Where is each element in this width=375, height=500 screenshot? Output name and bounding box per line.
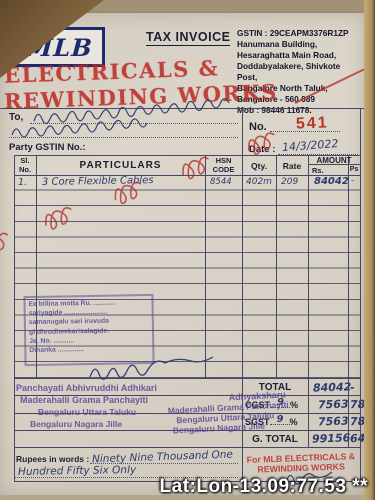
col-header-slno: Sl. No. xyxy=(14,157,36,174)
pdo-stamp-line4: Bengaluru Nagara Jille xyxy=(30,419,122,429)
pdo-signature xyxy=(88,365,208,385)
seller-gstin: GSTIN : 29CEAPM3376R1ZP xyxy=(237,28,361,39)
photo-scene: MLB TAX INVOICE GSTIN : 29CEAPM3376R1ZP … xyxy=(0,0,375,500)
col-header-ps: Ps xyxy=(348,166,360,173)
party-gstin-label: Party GSTIN No.: xyxy=(9,142,86,153)
verification-stamp-line: Dinanka .............. xyxy=(29,344,149,355)
seller-address-line: Hanumana Building, xyxy=(237,39,361,50)
grand-total-label: G. TOTAL xyxy=(244,434,306,445)
pdo-stamp-line1: Panchayati Abhivruddhi Adhikari xyxy=(16,383,157,393)
gps-watermark-bottom: Lat:Lon-13.09:77.53 ** xyxy=(160,476,368,498)
to-label: To, xyxy=(9,112,23,123)
row1-amount-ps: - xyxy=(351,176,354,186)
pdo-stamp-line3: Bengaluru Uttara Taluku xyxy=(38,407,136,417)
verification-stamp-box: Ee billina motta Ru. ............ sariya… xyxy=(23,294,154,366)
dotted-rule xyxy=(9,137,238,138)
pdo-stamp-line2: Maderahalli Grama Panchayiti xyxy=(20,395,148,405)
rupees-in-words-label: Rupees in words : xyxy=(16,454,89,464)
amount-in-words-line2: Hundred Fifty Six Only xyxy=(18,464,136,478)
red-pen-swash xyxy=(293,63,371,107)
row1-slno: 1. xyxy=(18,177,27,188)
grid-line xyxy=(0,108,364,109)
invoice-paper: MLB TAX INVOICE GSTIN : 29CEAPM3376R1ZP … xyxy=(0,13,364,495)
invoice-title: TAX INVOICE xyxy=(146,30,230,46)
grid-line xyxy=(14,447,360,448)
total-ps: - xyxy=(350,381,355,394)
invoice-no-label: No. xyxy=(249,121,267,133)
seller-address-line: Hesaraghatta Main Road, xyxy=(237,50,361,61)
grand-total-rs: 99156 xyxy=(312,431,351,445)
col-header-no: No. xyxy=(14,166,36,175)
dotted-rule xyxy=(30,123,238,124)
